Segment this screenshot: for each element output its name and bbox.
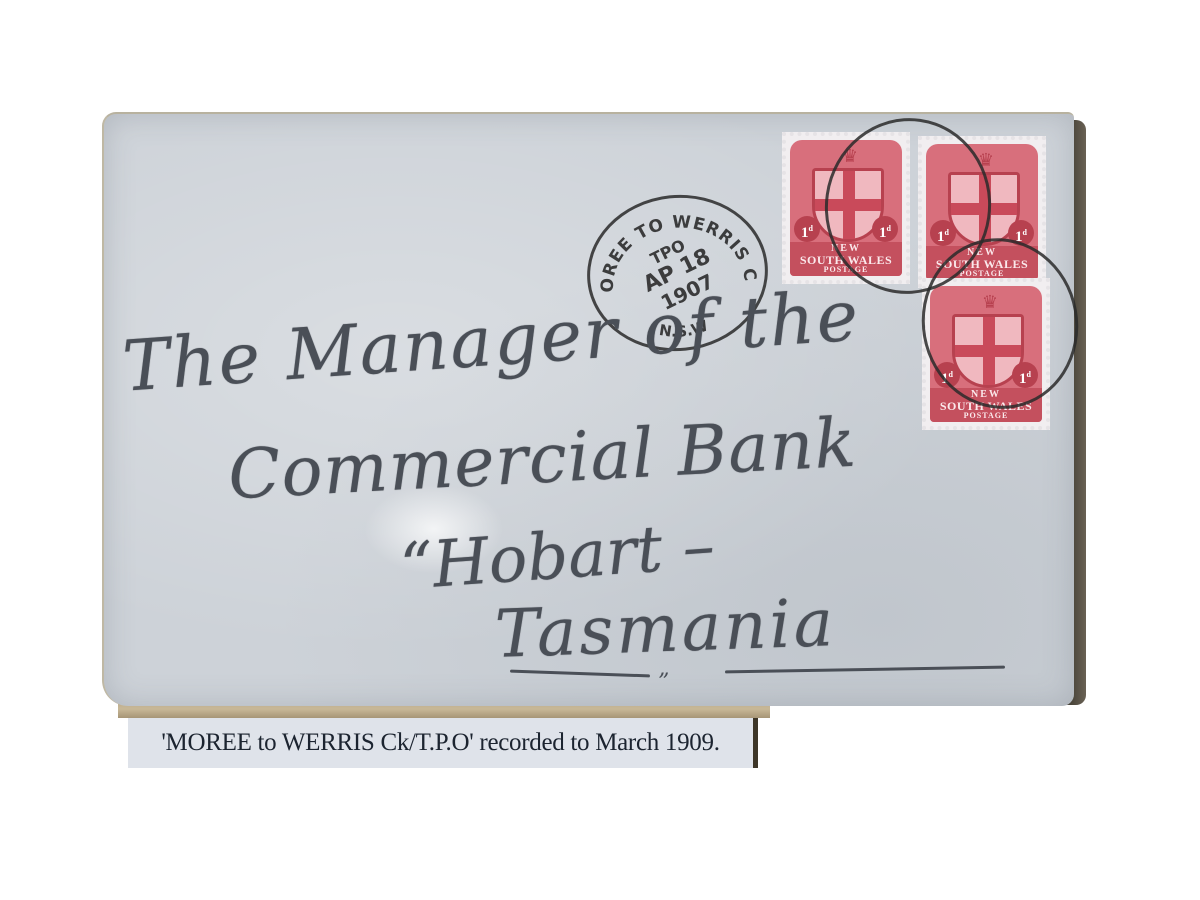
stamp-value-left: 1d (794, 216, 820, 242)
caption-text: 'MOREE to WERRIS Ck/T.P.O' recorded to M… (161, 729, 719, 757)
address-line-4: Tasmania (494, 584, 837, 673)
ditto-mark: ” (658, 670, 669, 695)
caption-label: 'MOREE to WERRIS Ck/T.P.O' recorded to M… (128, 718, 758, 768)
